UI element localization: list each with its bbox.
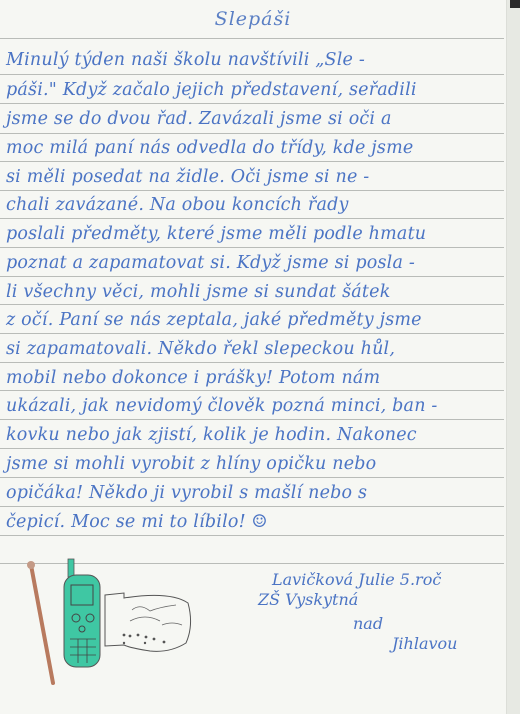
ruled-line [0, 506, 504, 507]
text-line: jsme si mohli vyrobit z hlíny opičku neb… [6, 454, 502, 474]
text-line: Minulý týden naši školu navštívili „Sle … [6, 50, 502, 70]
ruled-line [0, 133, 504, 134]
child-drawing [0, 555, 200, 709]
ruled-line [0, 362, 504, 363]
mobile-phone-icon [64, 559, 100, 667]
ruled-line [0, 190, 504, 191]
scan-corner [510, 0, 520, 8]
text-line: čepicí. Moc se mi to líbilo! ☺ [6, 512, 502, 532]
text-line: jsme se do dvou řad. Zavázali jsme si oč… [6, 109, 502, 129]
ruled-line [0, 74, 504, 75]
ruled-line [0, 390, 504, 391]
page-title: Slepáši [0, 8, 506, 30]
text-line: li všechny věci, mohli jsme si sundat šá… [6, 282, 502, 302]
paper-page: Slepáši Minulý týden naši školu navštívi… [0, 0, 506, 714]
ruled-line [0, 103, 504, 104]
text-line: poslali předměty, které jsme měli podle … [6, 224, 502, 244]
page-edge [506, 0, 520, 714]
text-line: z očí. Paní se nás zeptala, jaké předmět… [6, 310, 502, 330]
ruled-line [0, 218, 504, 219]
ruled-line [0, 448, 504, 449]
white-cane-icon [27, 561, 53, 683]
text-line: si zapamatovali. Někdo řekl slepeckou hů… [6, 339, 502, 359]
text-line: si měli posedat na židle. Oči jsme si ne… [6, 167, 502, 187]
signature-place-1: nad [353, 614, 383, 633]
drawing-svg [0, 555, 200, 705]
text-line: opičáka! Někdo ji vyrobil s mašlí nebo s [6, 483, 502, 503]
text-line: kovku nebo jak zjistí, kolik je hodin. N… [6, 425, 502, 445]
ruled-line [0, 419, 504, 420]
ruled-line [0, 304, 504, 305]
ruled-line [0, 333, 504, 334]
ruled-line [0, 477, 504, 478]
text-line: chali zavázané. Na obou koncích řady [6, 195, 502, 215]
signature-place-2: Jihlavou [392, 634, 457, 653]
ruled-line [0, 161, 504, 162]
signature-name: Lavičková Julie 5.roč [272, 570, 441, 589]
signature-school: ZŠ Vyskytná [258, 590, 358, 609]
text-line: páši." Když začalo jejich představení, s… [6, 80, 502, 100]
text-line: ukázali, jak nevidomý člověk pozná minci… [6, 396, 502, 416]
text-line: mobil nebo dokonce i prášky! Potom nám [6, 368, 502, 388]
text-line: poznat a zapamatovat si. Když jsme si po… [6, 253, 502, 273]
ruled-line [0, 38, 504, 39]
ruled-line [0, 276, 504, 277]
ruled-line [0, 247, 504, 248]
text-line: moc milá paní nás odvedla do třídy, kde … [6, 138, 502, 158]
ruled-line [0, 535, 504, 536]
braille-card-icon [105, 593, 191, 651]
